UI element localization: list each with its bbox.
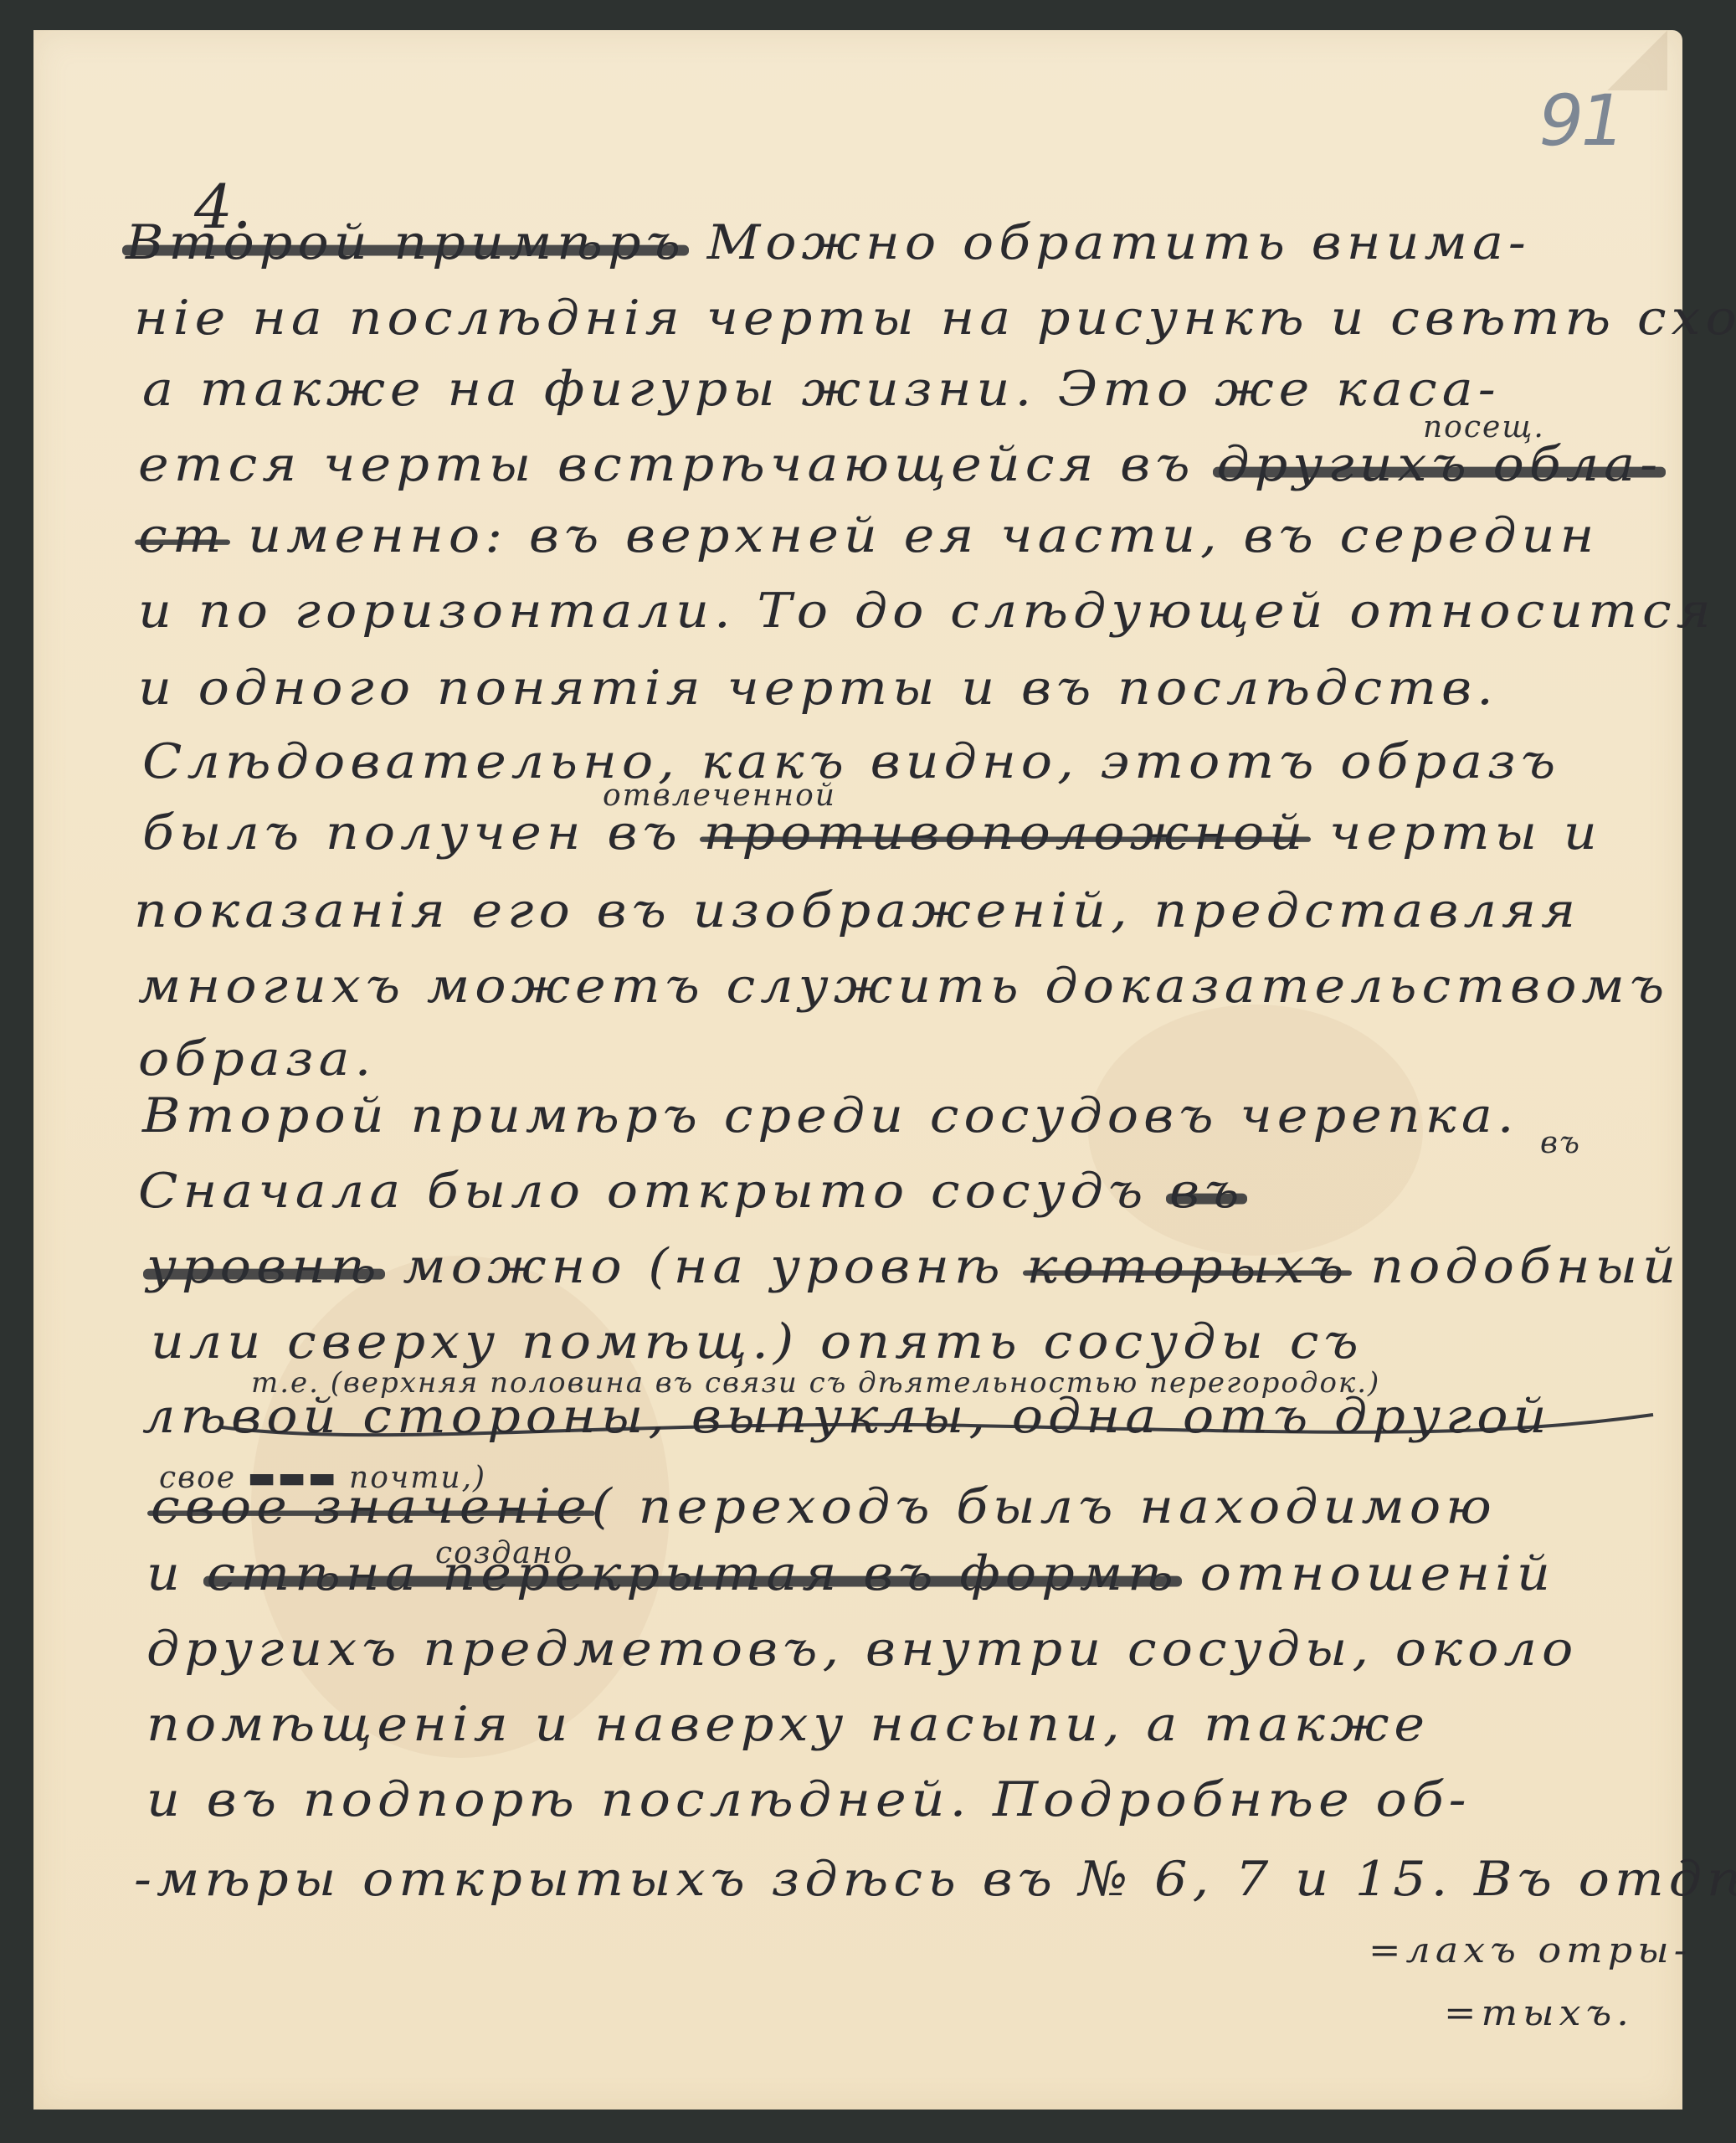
manuscript-line: уровнѣ можно (на уровнѣ которыхъ подобны… — [146, 1238, 1681, 1294]
line-text: подобный — [1348, 1238, 1681, 1294]
line-text: =лахъ отры- — [1369, 1929, 1692, 1971]
manuscript-line: Второй примѣръ среди сосудовъ черепка. — [142, 1087, 1519, 1143]
manuscript-line: ніе на послѣднія черты на рисункѣ и свѣт… — [134, 290, 1736, 346]
line-text: и по горизонтали. То до слѣдующей относи… — [138, 583, 1716, 639]
manuscript-line: многихъ можетъ служить доказательствомъ — [138, 958, 1669, 1014]
line-text: и въ подпорѣ послѣдней. Подробнѣе об- — [146, 1771, 1471, 1827]
manuscript-line: и въ подпорѣ послѣдней. Подробнѣе об- — [146, 1771, 1471, 1827]
line-text: и одного понятія черты и въ послѣдств. — [138, 660, 1498, 716]
manuscript-line: другихъ предметовъ, внутри сосуды, около — [146, 1621, 1578, 1677]
manuscript-line: показанія его въ изображеній, представля… — [134, 882, 1580, 938]
manuscript-line: и стѣна перекрытая въ формѣ отношеній — [146, 1545, 1555, 1601]
struck-text: Второй примѣръ — [126, 214, 686, 270]
line-text: или сверху помѣщ.) опять сосуды съ — [151, 1313, 1364, 1370]
struck-text: другихъ обла- — [1216, 436, 1662, 492]
line-text: Слѣдовательно, какъ видно, этотъ образъ — [142, 733, 1560, 789]
manuscript-line: и по горизонтали. То до слѣдующей относи… — [138, 583, 1716, 639]
struck-text: ст — [138, 507, 227, 563]
manuscript-line: ст именно: въ верхней ея части, въ серед… — [138, 507, 1599, 563]
line-text: и — [146, 1545, 207, 1601]
line-text: Сначала было открыто сосудъ — [138, 1163, 1169, 1219]
struck-text: въ — [1169, 1163, 1244, 1219]
line-text: былъ получен въ — [142, 804, 703, 861]
struck-text: стѣна перекрытая въ формѣ — [207, 1545, 1179, 1601]
line-text: а также на фигуры жизни. Это же каса- — [142, 361, 1501, 417]
line-text: Второй примѣръ среди сосудовъ черепка. — [142, 1087, 1519, 1143]
line-text: -мѣры открытыхъ здѣсь въ № 6, 7 и 15. Въ… — [134, 1851, 1736, 1907]
line-text: показанія его въ изображеній, представля… — [134, 882, 1580, 938]
manuscript-line: Слѣдовательно, какъ видно, этотъ образъ — [142, 733, 1560, 789]
manuscript-line: =лахъ отры- — [1369, 1929, 1692, 1971]
line-text: ется черты встрѣчающейся въ — [138, 436, 1216, 492]
manuscript-line: помѣщенія и наверху насыпи, а также — [146, 1696, 1430, 1752]
struck-text: свое значеніе — [151, 1478, 592, 1534]
line-text: черты и — [1307, 804, 1602, 861]
manuscript-line: Второй примѣръ Можно обратить внима- — [126, 214, 1531, 270]
line-text: отношеній — [1179, 1545, 1555, 1601]
manuscript-line: образа. — [138, 1030, 376, 1087]
struck-text: уровнѣ — [146, 1238, 382, 1294]
manuscript-line: былъ получен въ противоположной черты и — [142, 804, 1602, 861]
struck-text: противоположной — [703, 804, 1307, 861]
line-text: многихъ можетъ служить доказательствомъ — [138, 958, 1669, 1014]
line-text: можно (на уровнѣ — [382, 1238, 1027, 1294]
struck-text: которыхъ — [1026, 1238, 1348, 1294]
manuscript-line: или сверху помѣщ.) опять сосуды съ — [151, 1313, 1364, 1370]
manuscript-line: лѣвой стороны, выпуклы, одна отъ другой — [142, 1388, 1552, 1444]
manuscript-line: а также на фигуры жизни. Это же каса- — [142, 361, 1501, 417]
manuscript-line: Сначала было открыто сосудъ въ — [138, 1163, 1244, 1219]
line-text: =тыхъ. — [1444, 1991, 1634, 2033]
line-text: именно: въ верхней ея части, въ середин — [227, 507, 1600, 563]
line-text: другихъ предметовъ, внутри сосуды, около — [146, 1621, 1578, 1677]
line-text: Можно обратить внима- — [686, 214, 1531, 270]
line-text: ніе на послѣднія черты на рисункѣ и свѣт… — [134, 290, 1736, 346]
line-text: ( переходъ былъ находимою — [592, 1478, 1497, 1534]
insertion-text: въ — [1540, 1126, 1581, 1160]
line-text: лѣвой стороны, выпуклы, одна отъ другой — [142, 1388, 1552, 1444]
folio-number: 91 — [1531, 80, 1628, 162]
manuscript-line: свое значеніе( переходъ былъ находимою — [151, 1478, 1497, 1534]
manuscript-line: =тыхъ. — [1444, 1991, 1634, 2033]
manuscript-line: и одного понятія черты и въ послѣдств. — [138, 660, 1498, 716]
line-text: образа. — [138, 1030, 376, 1087]
manuscript-line: ется черты встрѣчающейся въ другихъ обла… — [138, 436, 1662, 492]
manuscript-line: -мѣры открытыхъ здѣсь въ № 6, 7 и 15. Въ… — [134, 1851, 1736, 1907]
line-text: помѣщенія и наверху насыпи, а также — [146, 1696, 1430, 1752]
